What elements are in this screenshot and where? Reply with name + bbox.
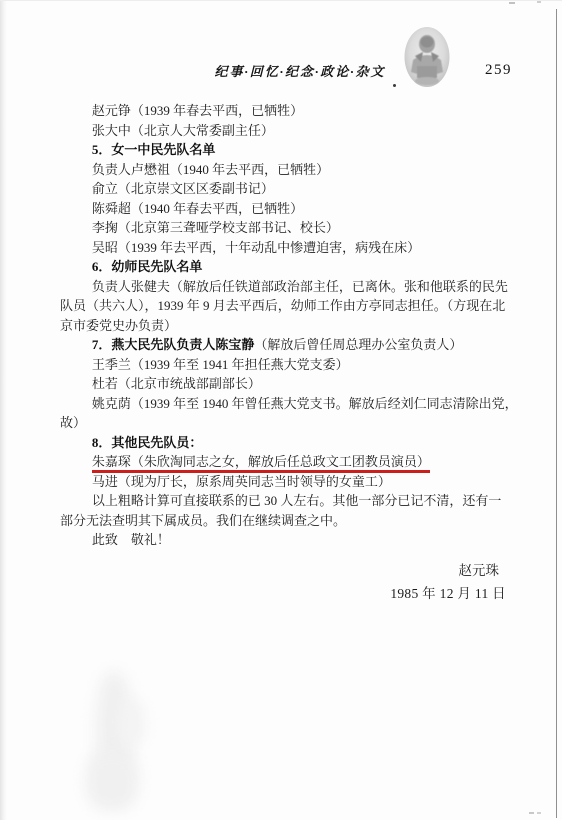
signature-date: 1985 年 12 月 11 日 — [60, 582, 506, 602]
heading-note-text: （解放后曾任周总理办公室负责人） — [254, 337, 462, 352]
ink-dot — [393, 84, 396, 87]
letter-body: 赵元铮（1939 年春去平西，已牺牲） 张大中（北京人大常委副主任） 5．女一中… — [60, 101, 506, 550]
text-line: 张大中（北京人大常委副主任） — [60, 121, 506, 141]
heading-bold-text: 7．燕大民先队负责人陈宝静 — [92, 337, 255, 352]
text-line: 部分无法查明其下属成员。我们在继续调查之中。 — [60, 511, 506, 531]
text-line: 负责人张健夫（解放后任铁道部政治部主任，已离休。张和他联系的民先 — [60, 277, 506, 297]
text-line: 李掬（北京第三聋哑学校支部书记、校长） — [60, 218, 506, 238]
section-heading-7: 7．燕大民先队负责人陈宝静（解放后曾任周总理办公室负责人） — [60, 335, 506, 355]
scan-edge-top — [0, 0, 562, 1]
scan-edge-right — [556, 9, 557, 818]
text-line: 队员（共六人），1939 年 9 月去平西后，幼师工作由方亭同志担任。（方现在北 — [60, 296, 506, 316]
text-line: 吴昭（1939 年去平西，十年动乱中惨遭迫害，病残在床） — [60, 238, 506, 258]
closing-salutation: 此致 敬礼！ — [60, 530, 506, 550]
scan-mark — [529, 812, 534, 814]
page-number: 259 — [485, 62, 512, 79]
section-heading-5: 5．女一中民先队名单 — [60, 140, 506, 160]
text-line: 赵元铮（1939 年春去平西，已牺牲） — [60, 101, 506, 121]
ink-bleedthrough — [86, 752, 138, 810]
text-line: 俞立（北京崇文区区委副书记） — [60, 179, 506, 199]
text-line: 姚克荫（1939 年至 1940 年曾任燕大党支书。解放后经刘仁同志清除出党， — [60, 394, 506, 414]
section-heading-6: 6．幼师民先队名单 — [60, 257, 506, 277]
portrait-stamp-image — [403, 26, 451, 88]
text-line: 陈舜超（1940 年春去平西，已牺牲） — [60, 199, 506, 219]
scan-mark — [509, 2, 515, 4]
signature-name: 赵元珠 — [60, 559, 506, 579]
section-heading-8: 8．其他民先队员： — [60, 433, 506, 453]
scan-mark — [537, 812, 541, 814]
scan-mark — [537, 1, 541, 3]
text-line: 京市委党史办负责） — [60, 316, 506, 336]
text-line: 马进（现为厅长，原系周英同志当时领导的女童工） — [60, 472, 506, 492]
text-line: 王季兰（1939 年至 1941 年担任燕大党支委） — [60, 355, 506, 375]
scan-edge-left — [0, 0, 7, 820]
ink-bleedthrough — [118, 700, 144, 746]
red-underline-annotation: 朱嘉琛（朱欣淘同志之女，解放后任总政文工团教员演员） — [92, 454, 430, 473]
text-line: 以上粗略计算可直接联系的已 30 人左右。其他一部分已记不清，还有一 — [60, 491, 506, 511]
text-line: 负责人卢懋祖（1940 年去平西，已牺牲） — [60, 160, 506, 180]
text-line: 故） — [60, 413, 506, 433]
running-header-title: 纪事·回忆·纪念·政论·杂文 — [160, 61, 440, 80]
scanned-book-page: 纪事·回忆·纪念·政论·杂文 259 赵元铮（1939 年春去平西，已牺牲） 张… — [0, 0, 562, 820]
text-line: 杜若（北京市统战部副部长） — [60, 374, 506, 394]
text-line-underlined: 朱嘉琛（朱欣淘同志之女，解放后任总政文工团教员演员） — [60, 452, 506, 472]
